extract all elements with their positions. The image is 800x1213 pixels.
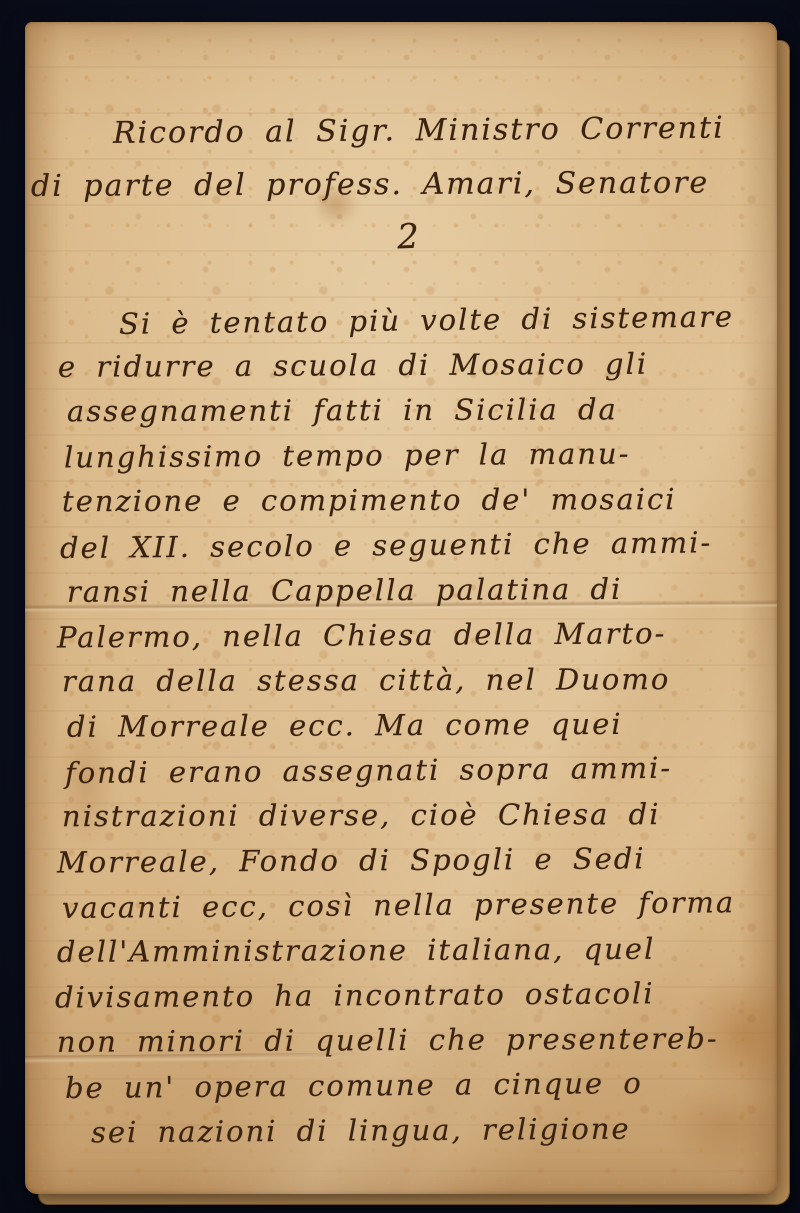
manuscript-line: divisamento ha incontrato ostacoli (55, 971, 759, 1021)
manuscript-line: vacanti ecc, così nella presente forma (62, 880, 759, 931)
manuscript-line: e ridurre a scuola di Mosaico gli (58, 341, 759, 390)
manuscript-line: ransi nella Cappella palatina di (67, 566, 759, 615)
manuscript-line: di Morreale ecc. Ma come quei (67, 701, 759, 750)
manuscript-line: assegnamenti fatti in Sicilia da (67, 387, 759, 434)
header-line-1: Ricordo al Sigr. Ministro Correnti (113, 101, 777, 161)
manuscript-page: Ricordo al Sigr. Ministro Correnti di pa… (25, 22, 777, 1194)
manuscript-line: Si è tentato più volte di sistemare (119, 294, 760, 347)
manuscript-line: lunghissimo tempo per la manu- (64, 431, 759, 481)
manuscript-line: non minori di quelli che presentereb- (57, 1016, 759, 1065)
manuscript-line: Morreale, Fondo di Spogli e Sedi (57, 836, 759, 886)
manuscript-line: del XII. secolo e seguenti che ammi- (60, 520, 759, 571)
manuscript-header: Ricordo al Sigr. Ministro Correnti di pa… (25, 104, 777, 260)
manuscript-content: Ricordo al Sigr. Ministro Correnti di pa… (25, 22, 777, 1194)
manuscript-line: be un' opera comune a cinque o (65, 1060, 759, 1111)
photo-background: Ricordo al Sigr. Ministro Correnti di pa… (0, 0, 800, 1213)
manuscript-line: sei nazioni di lingua, religione (91, 1106, 759, 1156)
manuscript-body: Si è tentato più volte di sistemare e ri… (55, 298, 759, 1153)
manuscript-line: tenzione e compimento de' mosaici (62, 477, 759, 524)
manuscript-line: rana della stessa città, nel Duomo (62, 657, 759, 704)
manuscript-line: fondi erano assegnati sopra ammi- (65, 745, 759, 796)
manuscript-line: nistrazioni diverse, cioè Chiesa di (62, 792, 759, 839)
manuscript-line: Palermo, nella Chiesa della Marto- (57, 611, 759, 661)
manuscript-line: dell'Amministrazione italiana, quel (57, 926, 759, 975)
